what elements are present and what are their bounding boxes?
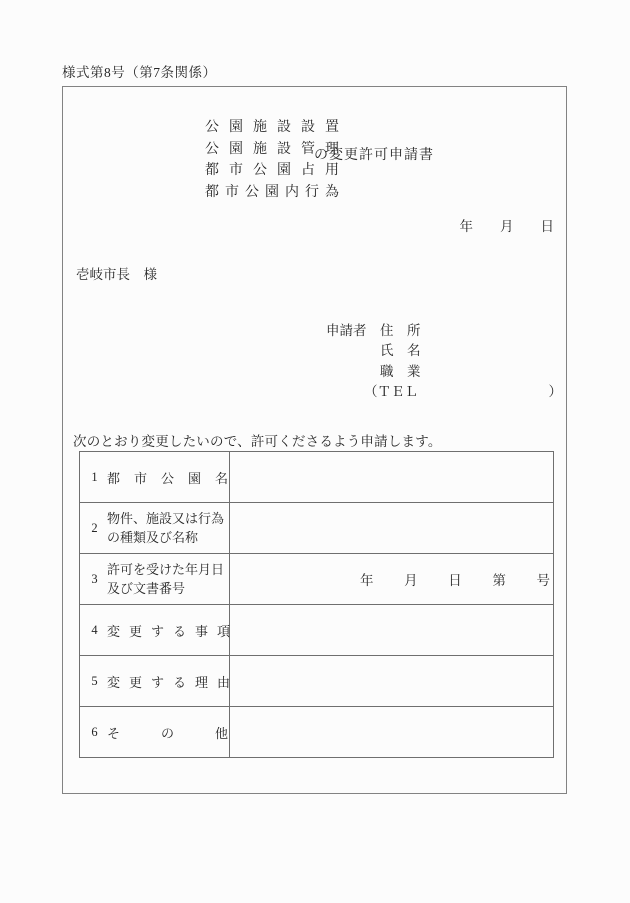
tel-open-label: （ＴＥＬ (364, 382, 418, 402)
object-type-input-cell (230, 503, 554, 554)
row-number: 3 (89, 572, 100, 587)
year-label: 年 (360, 569, 374, 589)
applicant-block: 申請者 住 所 氏 名 職 業 （ＴＥＬ ） (326, 321, 562, 403)
applicant-address-line: 申請者 住 所 (326, 321, 562, 341)
title-suffix: の変更許可申請書 (314, 144, 434, 164)
applicant-tel-line: （ＴＥＬ ） (326, 382, 562, 402)
request-sentence: 次のとおり変更したいので、許可くださるよう申請します。 (73, 430, 442, 450)
date-line: 年 月 日 (460, 215, 555, 235)
park-name-input-cell (230, 452, 554, 503)
applicant-occupation-label: 職 業 (326, 362, 562, 382)
row-number: 5 (89, 674, 100, 689)
row-number: 4 (89, 623, 100, 638)
row-label-change-reason: 変更する理由 (107, 672, 239, 691)
day-label: 日 (448, 569, 462, 589)
spacer (367, 323, 381, 338)
table-row-park-name: 1 都市公園名 (80, 452, 554, 503)
table-row-object-type: 2 物件、施設又は行為 の種類及び名称 (80, 503, 554, 554)
table-row-change-reason: 5 変更する理由 (80, 656, 554, 707)
row-number: 1 (89, 470, 100, 485)
form-border-box: 公園施設設置 公園施設管理 都市公園占用 都市公園内行為 の変更許可申請書 年 … (62, 86, 567, 794)
doc-number-prefix: 第 (492, 569, 506, 589)
label-line-2: 及び文書番号 (107, 579, 224, 599)
label-line-1: 許可を受けた年月日 (107, 560, 224, 580)
table-row-permit-date: 3 許可を受けた年月日 及び文書番号 年 月 日 第 号 (80, 554, 554, 605)
month-label: 月 (404, 569, 418, 589)
other-input-cell (230, 707, 554, 758)
table-row-other: 6 その他 (80, 707, 554, 758)
row-label-park-name: 都市公園名 (107, 468, 242, 487)
applicant-name-label: 氏 名 (326, 341, 562, 361)
row-label-other: その他 (107, 723, 269, 742)
row-number: 2 (89, 521, 100, 536)
doc-number-suffix: 号 (537, 569, 551, 589)
title-option-park-facility-install: 公園施設設置 (205, 117, 349, 139)
form-number-label: 様式第8号（第7条関係） (62, 61, 217, 81)
label-line-2: の種類及び名称 (107, 528, 224, 548)
form-table: 1 都市公園名 2 物件、施設又は行為 の種類及び名称 (79, 451, 554, 758)
row-label-object-type: 物件、施設又は行為 の種類及び名称 (107, 509, 224, 548)
permit-date-docnum-cell: 年 月 日 第 号 (230, 554, 554, 605)
form-page: 様式第8号（第7条関係） 公園施設設置 公園施設管理 都市公園占用 都市公園内行… (0, 0, 630, 903)
tel-close-paren: ） (549, 382, 563, 402)
row-label-change-items: 変更する事項 (107, 621, 239, 640)
row-label-permit-date: 許可を受けた年月日 及び文書番号 (107, 560, 224, 599)
change-items-input-cell (230, 605, 554, 656)
table-row-change-items: 4 変更する事項 (80, 605, 554, 656)
title-option-park-activity: 都市公園内行為 (205, 182, 349, 204)
applicant-label: 申請者 (326, 323, 367, 338)
addressee: 壱岐市長 様 (76, 263, 157, 283)
row-number: 6 (89, 725, 100, 740)
label-line-1: 物件、施設又は行為 (107, 509, 224, 529)
change-reason-input-cell (230, 656, 554, 707)
applicant-address-label: 住 所 (380, 323, 421, 338)
